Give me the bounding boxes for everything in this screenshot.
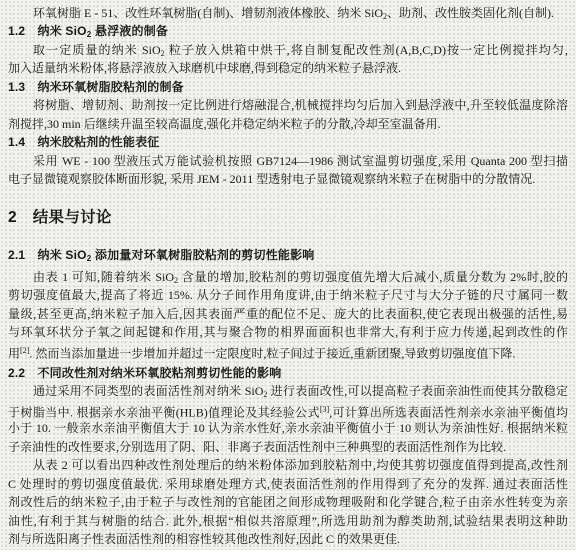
text-run: 小于 10. 一般亲水亲油平衡值大于 10 认为亲水性好,亲水亲油平衡值小于 1… (8, 421, 568, 435)
text-line: 油性,有利于其与树脂的结合. 此外,根据“相似共溶原理”,所选用助剂为醇类助剂,… (8, 512, 568, 530)
text-line: 剂与所选阳离子性表面活性剂的相容性较其他改性剂好,因此 C 的效果更佳. (8, 530, 568, 548)
text-run: 含量的增加,胶粘剂的剪切强度值先增大后减小,质量分数为 2%时,胶的 (178, 270, 568, 284)
text-run: 添加量对环氧树脂胶粘剂的剪切性能影响 (91, 248, 314, 262)
text-run: 悬浮液的制备 (91, 24, 168, 38)
superscript-citation: [2] (20, 346, 29, 355)
text-run: 电子显微镜观察胶体断面形貌, 采用 JEM - 2011 型透射电子显微镜观察纳… (8, 172, 535, 186)
text-line: 环氧树脂 E - 51、改性环氧树脂(自制)、增韧剂液体橡胶、纳米 SiO2、助… (8, 4, 568, 22)
subsection-heading: 2.1 纳米 SiO2 添加量对环氧树脂胶粘剂的剪切性能影响 (8, 246, 568, 264)
text-run: 采用 WE - 100 型液压式万能试验机按照 GB7124—1986 测试室温… (33, 154, 568, 168)
text-run: 1.3 纳米环氧树脂胶粘剂的制备 (8, 80, 184, 94)
text-run: 与环氧环状分子氧之间起键和作用,其与聚合物的相界面面积也非常大,有利于应力传递,… (8, 325, 568, 339)
text-run: 于树脂当中. 根据亲水亲油平衡(HLB)值理论及其经验公式 (8, 405, 320, 419)
text-run: 油性,有利于其与树脂的结合. 此外,根据“相似共溶原理”,所选用助剂为醇类助剂,… (8, 514, 568, 528)
text-line: 电子显微镜观察胶体断面形貌, 采用 JEM - 2011 型透射电子显微镜观察纳… (8, 170, 568, 188)
text-line: 取一定质量的纳米 SiO2 粒子放入烘箱中烘干,将自制复配改性剂(A,B,C,D… (8, 41, 568, 59)
text-run: 环氧树脂 E - 51、改性环氧树脂(自制)、增韧剂液体橡胶、纳米 SiO (33, 6, 383, 20)
text-line: 剪切强度值最大,提高了将近 15%. 从分子间作用角度讲,由于纳米粒子尺寸与大分… (8, 286, 568, 304)
text-run: ,可计算出所选表面活性剂亲水亲油平衡值均 (329, 405, 568, 419)
text-run: 取一定质量的纳米 SiO (33, 43, 161, 57)
subsection-heading: 1.2 纳米 SiO2 悬浮液的制备 (8, 22, 568, 40)
subsection-heading: 1.4 纳米胶粘剂的性能表征 (8, 133, 568, 151)
text-run: 剂改性后的纳米粒子,由于粒子与改性剂的官能团之间形成物理吸附和化学键合,粒子由亲… (8, 495, 568, 509)
text-run: 将树脂、增韧剂、助剂按一定比例进行熔融混合,机械搅拌均匀后加入到悬浮液中,升至较… (33, 98, 568, 112)
text-run: C 处理时的剪切强度值最优. 采用球磨处理方式,使表面活性剂的作用得到了充分的发… (8, 477, 568, 491)
text-run: 1.2 纳米 SiO (8, 24, 87, 38)
text-run: 剂搅拌,30 min 后继续升温至较高温度,强化并稳定纳米粒子的分散,冷却至室温… (8, 117, 441, 131)
text-run: 2 结果与讨论 (8, 209, 112, 226)
text-run: 加入适量纳米粉体,将悬浮液放入球磨机中球磨,得到稳定的纳米粒子悬浮液. (8, 61, 401, 75)
text-line: 子亲油性的改性要求,分别选用了阴、阳、非离子表面活性剂中三种典型的表面活性剂作为… (8, 438, 568, 456)
text-line: 与环氧环状分子氧之间起键和作用,其与聚合物的相界面面积也非常大,有利于应力传递,… (8, 323, 568, 341)
text-line: C 处理时的剪切强度值最优. 采用球磨处理方式,使表面活性剂的作用得到了充分的发… (8, 475, 568, 493)
text-line: 量级,甚至更高,纳米粒子加入后,因其表面严重的配位不足、庞大的比表面积,使它表现… (8, 305, 568, 323)
text-line: 将树脂、增韧剂、助剂按一定比例进行熔融混合,机械搅拌均匀后加入到悬浮液中,升至较… (8, 96, 568, 114)
text-run: 量级,甚至更高,纳米粒子加入后,因其表面严重的配位不足、庞大的比表面积,使它表现… (8, 307, 568, 321)
text-run: 用 (8, 346, 20, 360)
subsection-heading: 2.2 不同改性剂对纳米环氧胶粘剂剪切性能的影响 (8, 364, 568, 382)
superscript-citation: [3] (320, 405, 329, 414)
text-line: 采用 WE - 100 型液压式万能试验机按照 GB7124—1986 测试室温… (8, 152, 568, 170)
text-run: 2.1 纳米 SiO (8, 248, 87, 262)
text-run: 从表 2 可以看出四种改性剂处理后的纳米粉体添加到胶粘剂中,均使其剪切强度值得到… (33, 458, 568, 472)
text-run: 、助剂、改性胺类固化剂(自制). (387, 6, 554, 20)
text-line: 加入适量纳米粉体,将悬浮液放入球磨机中球磨,得到稳定的纳米粒子悬浮液. (8, 59, 568, 77)
subsection-heading: 1.3 纳米环氧树脂胶粘剂的制备 (8, 78, 568, 96)
text-run: 粒子放入烘箱中烘干,将自制复配改性剂(A,B,C,D)按一定比例搅拌均匀, (165, 43, 568, 57)
section-heading: 2 结果与讨论 (8, 207, 568, 229)
text-run: 剂与所选阳离子性表面活性剂的相容性较其他改性剂好,因此 C 的效果更佳. (8, 532, 400, 546)
text-line: 剂改性后的纳米粒子,由于粒子与改性剂的官能团之间形成物理吸附和化学键合,粒子由亲… (8, 493, 568, 511)
text-run: 1.4 纳米胶粘剂的性能表征 (8, 135, 159, 149)
text-line: 由表 1 可知,随着纳米 SiO2 含量的增加,胶粘剂的剪切强度值先增大后减小,… (8, 268, 568, 286)
text-line: 剂搅拌,30 min 后继续升温至较高温度,强化并稳定纳米粒子的分散,冷却至室温… (8, 115, 568, 133)
text-line: 从表 2 可以看出四种改性剂处理后的纳米粉体添加到胶粘剂中,均使其剪切强度值得到… (8, 456, 568, 474)
text-run: 剪切强度值最大,提高了将近 15%. 从分子间作用角度讲,由于纳米粒子尺寸与大分… (8, 288, 568, 302)
text-line: 于树脂当中. 根据亲水亲油平衡(HLB)值理论及其经验公式[3],可计算出所选表… (8, 401, 568, 419)
text-line: 小于 10. 一般亲水亲油平衡值大于 10 认为亲水性好,亲水亲油平衡值小于 1… (8, 419, 568, 437)
text-run: . 然而当添加量进一步增加并超过一定限度时,粒子间过于接近,重新团聚,导致剪切强… (29, 346, 515, 360)
document-page: 环氧树脂 E - 51、改性环氧树脂(自制)、增韧剂液体橡胶、纳米 SiO2、助… (0, 0, 576, 548)
text-run: 子亲油性的改性要求,分别选用了阴、阳、非离子表面活性剂中三种典型的表面活性剂作为… (8, 440, 506, 454)
text-run: 2.2 不同改性剂对纳米环氧胶粘剂剪切性能的影响 (8, 366, 281, 380)
text-run: 进行表面改性,可以提高粒子表面亲油性而使其分散稳定 (267, 384, 568, 398)
text-run: 通过采用不同类型的表面活性剂对纳米 SiO (33, 384, 263, 398)
text-line: 通过采用不同类型的表面活性剂对纳米 SiO2 进行表面改性,可以提高粒子表面亲油… (8, 382, 568, 400)
text-line: 用[2]. 然而当添加量进一步增加并超过一定限度时,粒子间过于接近,重新团聚,导… (8, 342, 568, 360)
text-run: 由表 1 可知,随着纳米 SiO (33, 270, 174, 284)
